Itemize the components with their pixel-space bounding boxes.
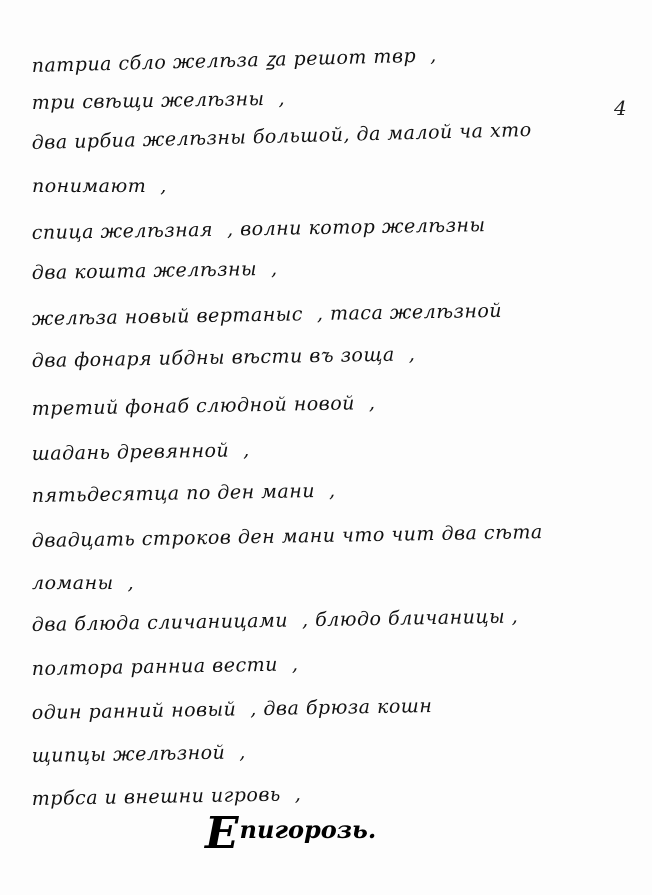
line-trailing-text: , (409, 343, 416, 365)
line-trailing-text: , (271, 258, 278, 280)
line-text: два ирбиа желѣзны большой, да малой ча х… (31, 119, 531, 154)
line-trailing-text: , (292, 653, 299, 675)
line-text: пятьдесятца по ден мани (32, 480, 316, 507)
line-trailing-text: , блюдо бличаницы , (302, 606, 519, 632)
line-trailing-text: , (243, 439, 250, 461)
manuscript-line: два блюда сличаницами, блюдо бличаницы , (32, 606, 519, 636)
manuscript-page: патриа сбло желѣза ꙁа решот твр,три свѣщ… (0, 0, 652, 895)
line-text: три свѣщи желѣзны (32, 88, 265, 114)
line-trailing-text: , (329, 480, 336, 502)
line-text: два кошта желѣзны (32, 258, 258, 284)
line-trailing-text: , (160, 175, 167, 197)
line-text: патриа сбло желѣза ꙁа решот твр (31, 45, 416, 77)
line-text: ломаны (32, 572, 114, 594)
line-text: желѣза новый вертаныс (32, 303, 303, 330)
line-text: понимают (32, 175, 146, 197)
manuscript-line: один ранний новый, два брюза кошн (32, 695, 433, 724)
line-trailing-text: , (278, 88, 285, 110)
manuscript-line: желѣза новый вертаныс, таса желѣзной (32, 300, 503, 330)
line-text: шадань древянной (32, 440, 230, 465)
line-trailing-text: , (128, 572, 135, 594)
line-text: два блюда сличаницами (32, 610, 289, 636)
manuscript-line: патриа сбло желѣза ꙁа решот твр, (31, 41, 437, 78)
marginal-folio-number: 4 (614, 96, 627, 120)
line-text: третий фонаб слюдной новой (32, 392, 356, 420)
line-trailing-text: , (430, 44, 437, 66)
line-trailing-text: , таса желѣзной (317, 300, 503, 325)
line-trailing-text: , (369, 392, 376, 414)
manuscript-line: ломаны, (32, 572, 134, 594)
line-text: двадцать строков ден мани что чит два сѣ… (32, 521, 543, 552)
manuscript-line: полтора ранниа вести, (32, 653, 299, 680)
manuscript-line: шадань древянной, (32, 439, 250, 465)
manuscript-line: два ирбиа желѣзны большой, да малой ча х… (31, 119, 531, 154)
signature: Епигорозь. (205, 808, 376, 859)
manuscript-line: трбса и внешни игровь, (32, 783, 302, 810)
signature-text: пигорозь (240, 815, 368, 844)
line-text: два фонаря ибдны вѣсти въ зоща (32, 344, 395, 372)
line-text: полтора ранниа вести (32, 654, 278, 680)
manuscript-line: двадцать строков ден мани что чит два сѣ… (32, 521, 543, 552)
line-text: щипцы желѣзной (32, 742, 226, 767)
manuscript-line: третий фонаб слюдной новой, (32, 392, 376, 420)
line-trailing-text: , волни котор желѣзны (227, 214, 486, 241)
signature-initial: Е (205, 808, 239, 859)
manuscript-line: три свѣщи желѣзны, (32, 88, 286, 114)
manuscript-line: щипцы желѣзной, (32, 741, 246, 767)
line-text: спица желѣзная (32, 219, 214, 244)
manuscript-line: пятьдесятца по ден мани, (32, 480, 336, 507)
manuscript-line: два кошта желѣзны, (32, 258, 278, 284)
line-text: трбса и внешни игровь (32, 784, 281, 810)
line-trailing-text: , (295, 783, 302, 805)
manuscript-line: понимают, (32, 175, 167, 197)
signature-punct: . (368, 815, 376, 844)
line-trailing-text: , два брюза кошн (250, 695, 432, 720)
line-text: один ранний новый (32, 698, 237, 724)
manuscript-line: спица желѣзная, волни котор желѣзны (32, 214, 486, 244)
line-trailing-text: , (239, 741, 246, 763)
manuscript-line: два фонаря ибдны вѣсти въ зоща, (32, 343, 416, 372)
